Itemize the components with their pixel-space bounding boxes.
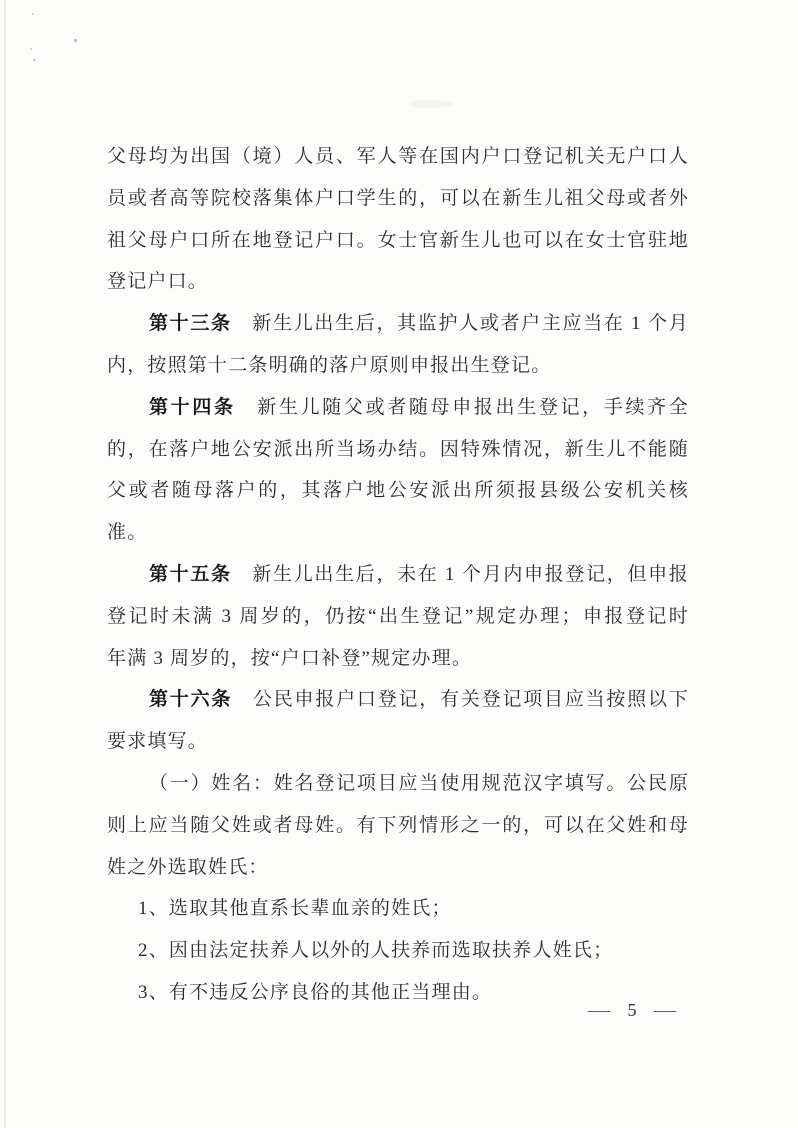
text-line: 年满 3 周岁的，按“户口补登”规定办理。 <box>107 638 689 680</box>
text-line: 父母均为出国（境）人员、军人等在国内户口登记机关无户口人 <box>107 136 689 178</box>
line-text: 2、因由法定扶养人以外的人扶养而选取扶养人姓氏； <box>138 940 613 961</box>
line-text: 的，在落户地公安派出所当场办结。因特殊情况，新生儿不能随 <box>107 439 689 460</box>
text-line: 要求填写。 <box>107 721 689 763</box>
document-body: 父母均为出国（境）人员、军人等在国内户口登记机关无户口人 员或者高等院校落集体户… <box>107 136 689 1014</box>
line-text: 新生儿出生后，其监护人或者户主应当在 1 个月 <box>232 313 689 334</box>
text-line: 员或者高等院校落集体户口学生的，可以在新生儿祖父母或者外 <box>107 178 689 220</box>
line-text: 准。 <box>107 522 147 543</box>
article-number: 第十三条 <box>149 313 232 334</box>
line-text: 登记户口。 <box>107 271 208 292</box>
scan-speck <box>33 59 36 61</box>
line-text: 内，按照第十二条明确的落户原则申报出生登记。 <box>107 355 551 376</box>
text-line: 父或者随母落户的，其落户地公安派出所须报县级公安机关核 <box>107 470 689 512</box>
text-line: （一）姓名：姓名登记项目应当使用规范汉字填写。公民原 <box>107 763 689 805</box>
footer-dash-right: — <box>654 1000 677 1021</box>
line-text: 父或者随母落户的，其落户地公安派出所须报县级公安机关核 <box>107 480 689 501</box>
text-line: 第十六条 公民申报户口登记，有关登记项目应当按照以下 <box>107 679 689 721</box>
text-line: 准。 <box>107 512 689 554</box>
text-line: 2、因由法定扶养人以外的人扶养而选取扶养人姓氏； <box>107 930 689 972</box>
line-text: 1、选取其他直系长辈血亲的姓氏； <box>138 898 452 919</box>
line-text: 3、有不违反公序良俗的其他正当理由。 <box>138 982 492 1003</box>
article-number: 第十五条 <box>149 564 232 585</box>
line-text: 公民申报户口登记，有关登记项目应当按照以下 <box>232 689 689 710</box>
line-text: 则上应当随父姓或者母姓。有下列情形之一的，可以在父姓和母 <box>107 815 689 836</box>
line-text: （一）姓名：姓名登记项目应当使用规范汉字填写。公民原 <box>149 773 689 794</box>
text-line: 第十三条 新生儿出生后，其监护人或者户主应当在 1 个月 <box>107 303 689 345</box>
text-line: 第十四条 新生儿随父或者随母申报出生登记，手续齐全 <box>107 387 689 429</box>
text-line: 内，按照第十二条明确的落户原则申报出生登记。 <box>107 345 689 387</box>
line-text: 新生儿出生后，未在 1 个月内申报登记，但申报 <box>232 564 689 585</box>
scan-speck <box>32 13 34 15</box>
article-number: 第十四条 <box>149 397 236 418</box>
page-number-footer: — 5 — <box>590 1000 674 1021</box>
text-line: 1、选取其他直系长辈血亲的姓氏； <box>107 888 689 930</box>
line-text: 登记时未满 3 周岁的，仍按“出生登记”规定办理；申报登记时 <box>107 606 689 627</box>
scan-smudge <box>408 100 454 108</box>
line-text: 员或者高等院校落集体户口学生的，可以在新生儿祖父母或者外 <box>107 188 689 209</box>
line-text: 父母均为出国（境）人员、军人等在国内户口登记机关无户口人 <box>107 146 689 167</box>
text-line: 的，在落户地公安派出所当场办结。因特殊情况，新生儿不能随 <box>107 429 689 471</box>
line-text: 年满 3 周岁的，按“户口补登”规定办理。 <box>107 648 472 669</box>
line-text: 祖父母户口所在地登记户口。女士官新生儿也可以在女士官驻地 <box>107 230 689 251</box>
text-line: 祖父母户口所在地登记户口。女士官新生儿也可以在女士官驻地 <box>107 220 689 262</box>
line-text: 新生儿随父或者随母申报出生登记，手续齐全 <box>236 397 689 418</box>
footer-dash-left: — <box>588 1000 611 1021</box>
scanner-edge-artifact <box>4 0 6 1128</box>
text-line: 第十五条 新生儿出生后，未在 1 个月内申报登记，但申报 <box>107 554 689 596</box>
scanned-document-page: 父母均为出国（境）人员、军人等在国内户口登记机关无户口人 员或者高等院校落集体户… <box>0 0 798 1128</box>
line-text: 要求填写。 <box>107 731 208 752</box>
line-text: 姓之外选取姓氏： <box>107 857 269 878</box>
text-line: 登记时未满 3 周岁的，仍按“出生登记”规定办理；申报登记时 <box>107 596 689 638</box>
text-line: 则上应当随父姓或者母姓。有下列情形之一的，可以在父姓和母 <box>107 805 689 847</box>
scan-speck <box>74 39 77 42</box>
article-number: 第十六条 <box>149 689 232 710</box>
text-line: 姓之外选取姓氏： <box>107 847 689 889</box>
text-line: 登记户口。 <box>107 261 689 303</box>
page-number: 5 <box>628 1000 637 1021</box>
scan-speck <box>30 48 32 50</box>
